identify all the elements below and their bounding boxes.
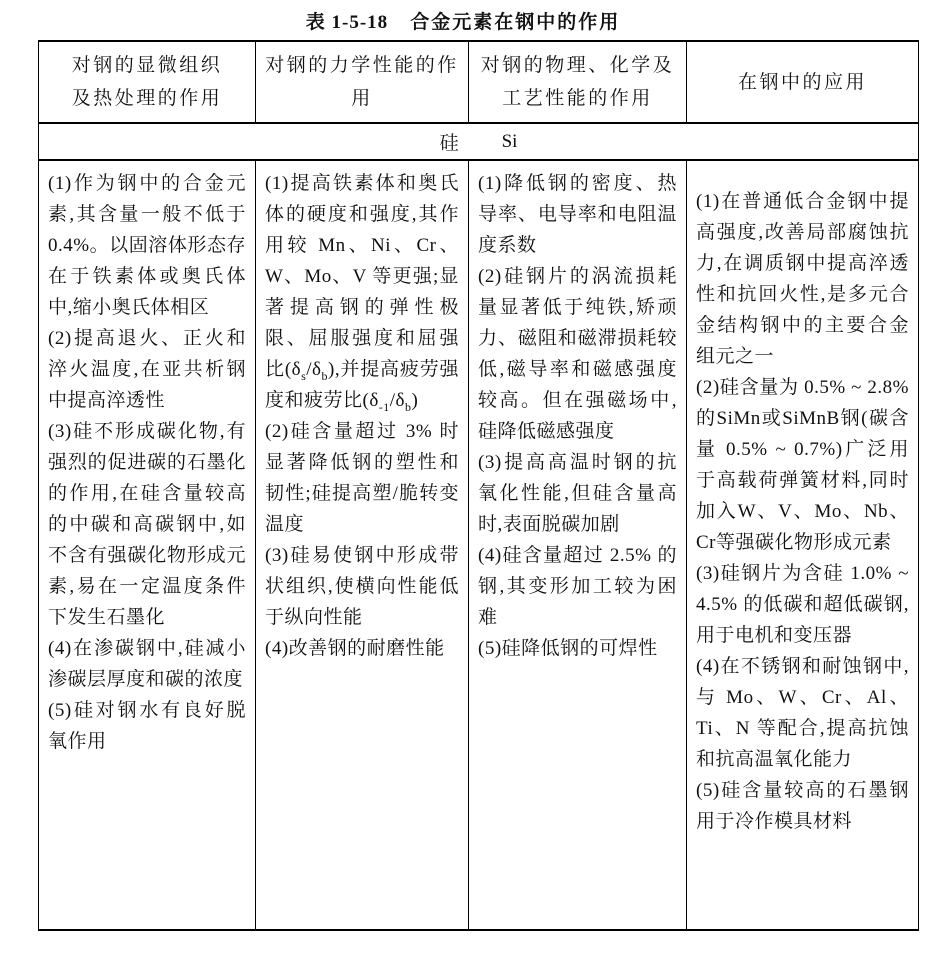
header-line: 及热处理的作用 [72, 82, 223, 115]
paragraph: (4)改善钢的耐磨性能 [265, 633, 459, 664]
paragraph: (1)在普通低合金钢中提高强度,改善局部腐蚀抗力,在调质钢中提高淬透性和抗回火性… [696, 186, 909, 372]
header-line: 对钢的力学性能的作用 [256, 49, 468, 115]
header-line: 在钢中的应用 [738, 66, 867, 99]
header-cell-microstructure: 对钢的显微组织 及热处理的作用 [39, 42, 256, 122]
header-line: 工艺性能的作用 [502, 82, 653, 115]
paragraph: (5)硅降低钢的可焊性 [478, 633, 677, 664]
alloy-elements-table: 对钢的显微组织 及热处理的作用 对钢的力学性能的作用 对钢的物理、化学及 工艺性… [38, 40, 919, 931]
body-cell-microstructure: (1)作为钢中的合金元素,其含量一般不低于 0.4%。以固溶体形态存在于铁素体或… [39, 161, 256, 929]
table-title-text: 合金元素在钢中的作用 [410, 12, 620, 33]
header-cell-physical-chemical: 对钢的物理、化学及 工艺性能的作用 [469, 42, 687, 122]
element-symbol: Si [502, 131, 518, 153]
paragraph: (3)硅易使钢中形成带状组织,使横向性能低于纵向性能 [265, 540, 459, 633]
paragraph: (3)提高高温时钢的抗氧化性能,但硅含量高时,表面脱碳加剧 [478, 447, 677, 540]
paragraph: (2)硅钢片的涡流损耗量显著低于纯铁,矫顽力、磁阻和磁滞损耗较低,磁导率和磁感强… [478, 261, 677, 447]
header-line: 对钢的显微组织 [72, 49, 223, 82]
paragraph: (3)硅不形成碳化物,有强烈的促进碳的石墨化的作用,在硅含量较高的中碳和高碳钢中… [48, 416, 246, 633]
paragraph: (4)在不锈钢和耐蚀钢中,与 Mo、W、Cr、Al、Ti、N 等配合,提高抗蚀和… [696, 651, 909, 775]
paragraph: (1)作为钢中的合金元素,其含量一般不低于 0.4%。以固溶体形态存在于铁素体或… [48, 168, 246, 323]
body-cell-application: (1)在普通低合金钢中提高强度,改善局部腐蚀抗力,在调质钢中提高淬透性和抗回火性… [687, 161, 918, 929]
body-cell-mechanical: (1)提高铁素体和奥氏体的硬度和强度,其作用较 Mn、Ni、Cr、W、Mo、V … [256, 161, 469, 929]
paragraph: (4)在渗碳钢中,硅减小渗碳层厚度和碳的浓度 [48, 633, 246, 695]
paragraph: (2)提高退火、正火和淬火温度,在亚共析钢中提高淬透性 [48, 323, 246, 416]
paragraph: (4)硅含量超过 2.5% 的钢,其变形加工较为困难 [478, 540, 677, 633]
paragraph: (2)硅含量超过 3% 时显著降低钢的塑性和韧性;硅提高塑/脆转变温度 [265, 416, 459, 540]
header-line: 对钢的物理、化学及 [481, 49, 675, 82]
paragraph: (1)提高铁素体和奥氏体的硬度和强度,其作用较 Mn、Ni、Cr、W、Mo、V … [265, 168, 459, 416]
body-cell-physical-chemical: (1)降低钢的密度、热导率、电导率和电阻温度系数(2)硅钢片的涡流损耗量显著低于… [469, 161, 687, 929]
body-row: (1)作为钢中的合金元素,其含量一般不低于 0.4%。以固溶体形态存在于铁素体或… [39, 161, 918, 929]
header-cell-application: 在钢中的应用 [687, 42, 918, 122]
element-name-cn: 硅 [440, 128, 460, 155]
paragraph: (1)降低钢的密度、热导率、电导率和电阻温度系数 [478, 168, 677, 261]
table-number: 表 1-5-18 [306, 12, 388, 33]
paragraph: (3)硅钢片为含硅 1.0% ~ 4.5% 的低碳和超低碳钢,用于电机和变压器 [696, 558, 909, 651]
paragraph: (5)硅对钢水有良好脱氧作用 [48, 695, 246, 757]
document-page: 表 1-5-18合金元素在钢中的作用 对钢的显微组织 及热处理的作用 对钢的力学… [0, 0, 926, 965]
paragraph: (5)硅含量较高的石墨钢用于冷作模具材料 [696, 775, 909, 837]
paragraph: (2)硅含量为 0.5% ~ 2.8% 的SiMn或SiMnB钢(碳含量 0.5… [696, 372, 909, 558]
element-row: 硅 Si [39, 124, 918, 161]
header-cell-mechanical: 对钢的力学性能的作用 [256, 42, 469, 122]
table-title: 表 1-5-18合金元素在钢中的作用 [0, 7, 926, 34]
header-row: 对钢的显微组织 及热处理的作用 对钢的力学性能的作用 对钢的物理、化学及 工艺性… [39, 42, 918, 124]
